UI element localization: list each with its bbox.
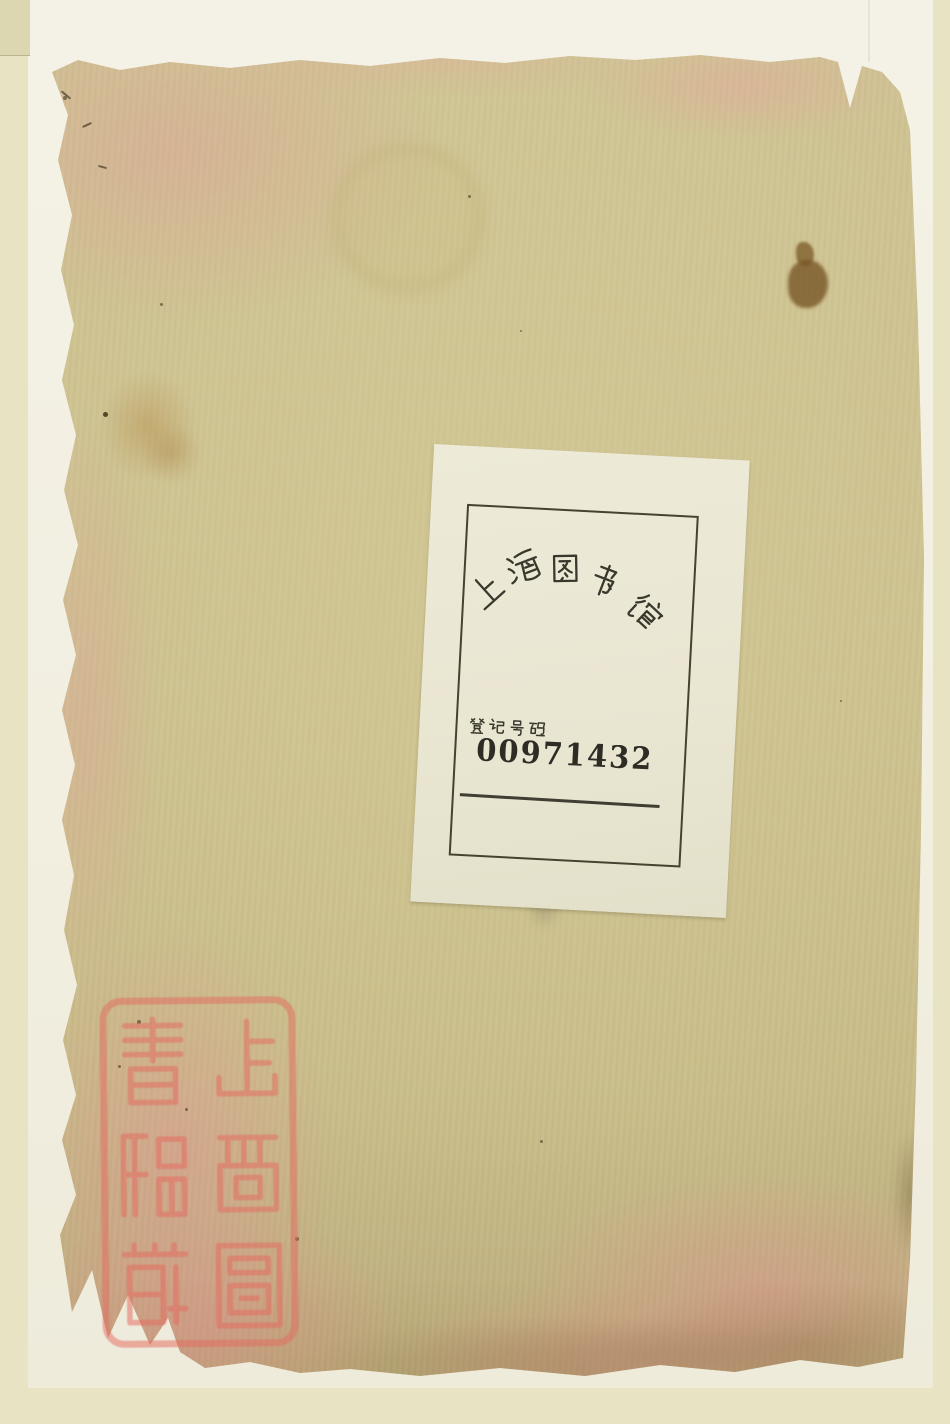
speck [468, 195, 471, 198]
seal-char-tu [209, 1231, 290, 1340]
seal-char-shang [206, 1007, 287, 1116]
seal-char-hai [207, 1119, 288, 1228]
dark-brown-spot [788, 260, 828, 308]
speck [540, 1140, 543, 1143]
speck [840, 700, 842, 702]
seal-char-guan [113, 1120, 194, 1229]
tan-water-stain-small [136, 418, 206, 488]
paper-fiber [82, 122, 92, 128]
speck [63, 96, 67, 100]
photograph-of-book-cover: 00971432 [0, 0, 950, 1424]
seal-char-cang [115, 1232, 196, 1341]
mat-corner-patch [0, 0, 30, 56]
ring-stain [332, 144, 484, 292]
arc-char-tu [546, 549, 585, 588]
seal-char-shu [112, 1008, 193, 1117]
speck [103, 412, 108, 417]
speck [520, 330, 522, 332]
library-accession-label: 00971432 [410, 444, 750, 918]
speck [160, 303, 163, 306]
library-collection-seal [99, 996, 299, 1348]
backing-seam-line [868, 0, 870, 62]
paper-fiber [98, 165, 107, 169]
